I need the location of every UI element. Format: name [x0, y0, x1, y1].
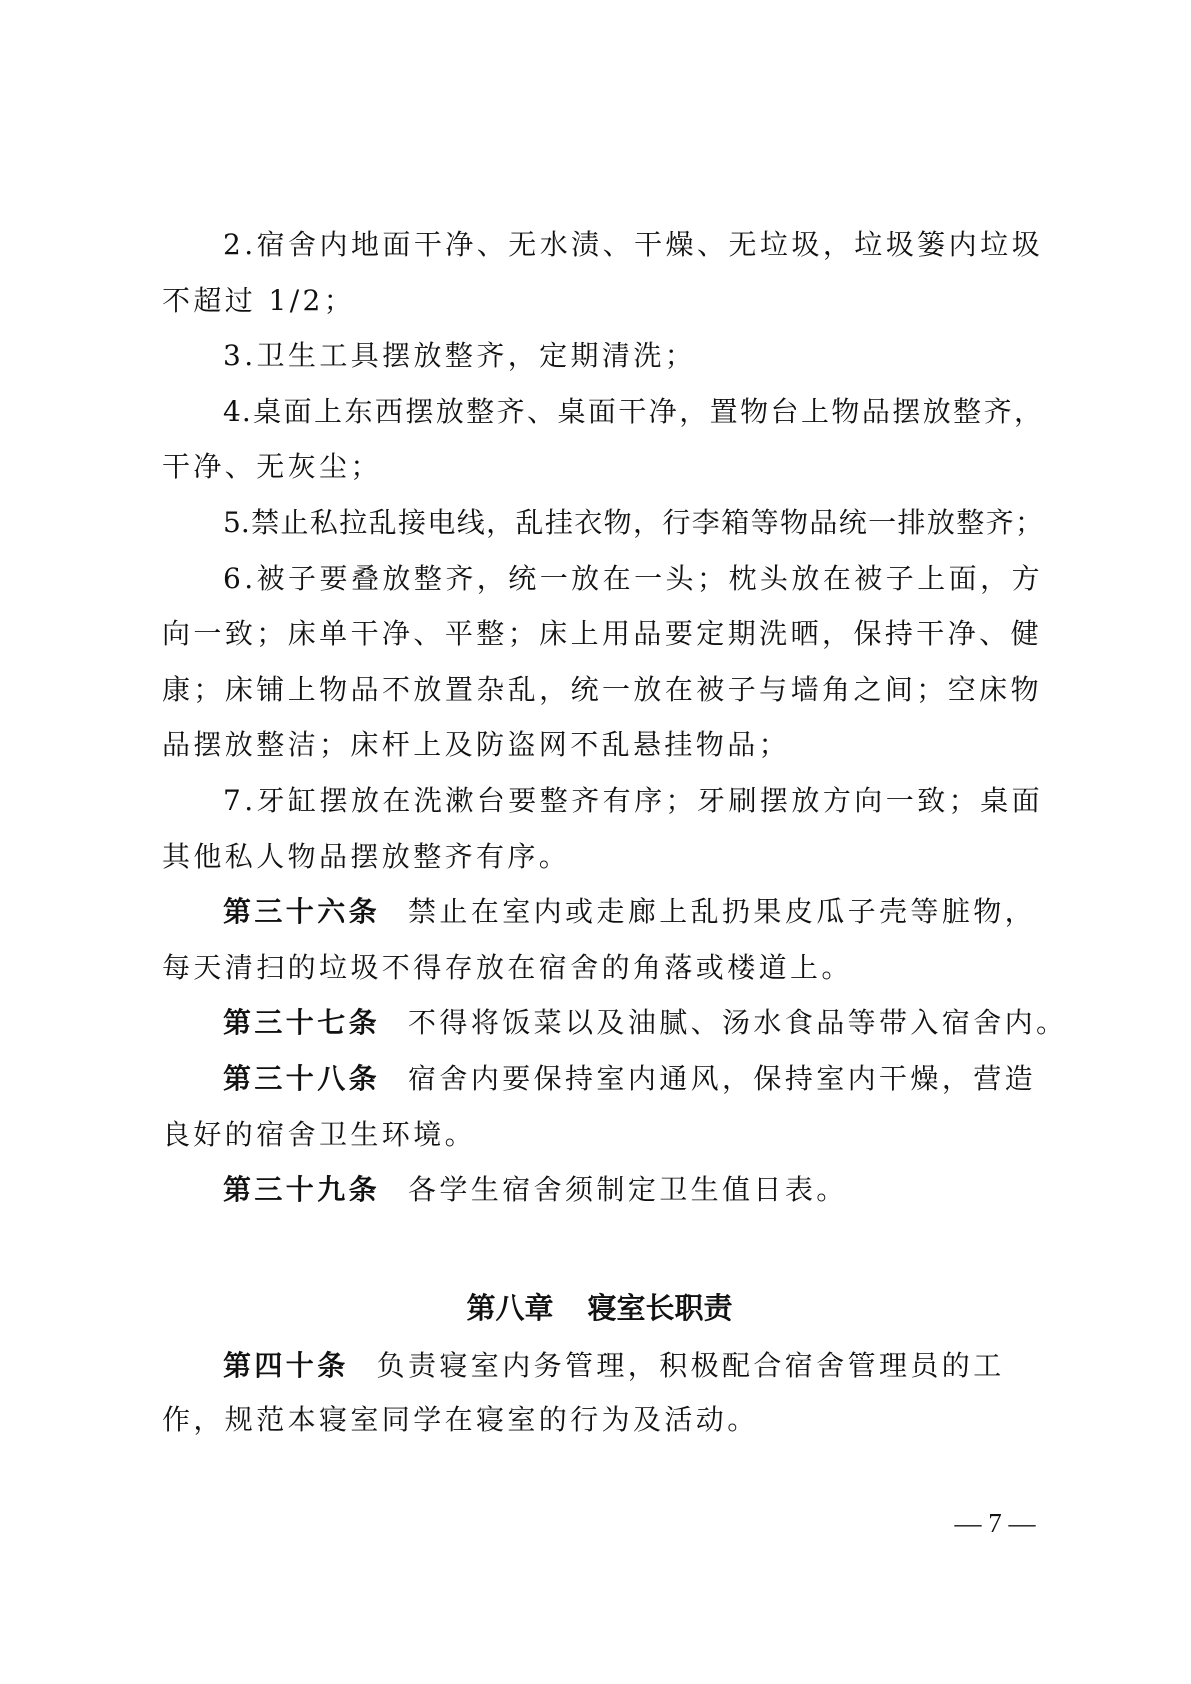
article-38-continuation: 良好的宿舍卫生环境。	[162, 1115, 1042, 1155]
item-6-line-3: 康；床铺上物品不放置杂乱，统一放在被子与墙角之间；空床物	[162, 670, 1042, 710]
item-2-line-1: 2.宿舍内地面干净、无水渍、干燥、无垃圾，垃圾篓内垃圾	[223, 225, 1043, 265]
article-39-text: 各学生宿舍须制定卫生值日表。	[408, 1173, 848, 1206]
article-40: 第四十条负责寝室内务管理，积极配合宿舍管理员的工	[223, 1346, 1043, 1386]
item-6-line-4: 品摆放整洁；床杆上及防盗网不乱悬挂物品；	[162, 725, 1042, 765]
item-7-line-1: 7.牙缸摆放在洗漱台要整齐有序；牙刷摆放方向一致；桌面	[223, 781, 1043, 821]
page-number: — 7 —	[940, 1505, 1050, 1541]
article-37-label: 第三十七条	[223, 1006, 380, 1039]
chapter-heading: 第八章寝室长职责	[0, 1288, 1191, 1328]
article-40-text: 负责寝室内务管理，积极配合宿舍管理员的工	[377, 1349, 1005, 1382]
document-page: 2.宿舍内地面干净、无水渍、干燥、无垃圾，垃圾篓内垃圾 不超过 1/2； 3.卫…	[0, 0, 1191, 1684]
item-6-line-2: 向一致；床单干净、平整；床上用品要定期洗晒，保持干净、健	[162, 614, 1042, 654]
chapter-number: 第八章	[466, 1291, 553, 1325]
item-2-line-2: 不超过 1/2；	[162, 281, 1042, 321]
article-38: 第三十八条宿舍内要保持室内通风，保持室内干燥，营造	[223, 1059, 1043, 1099]
item-6-line-1: 6.被子要叠放整齐，统一放在一头；枕头放在被子上面，方	[223, 559, 1043, 599]
article-36-text: 禁止在室内或走廊上乱扔果皮瓜子壳等脏物，	[408, 895, 1036, 928]
item-4-line-1: 4.桌面上东西摆放整齐、桌面干净，置物台上物品摆放整齐，	[223, 392, 1043, 432]
item-4-line-2: 干净、无灰尘；	[162, 447, 1042, 487]
article-39: 第三十九条各学生宿舍须制定卫生值日表。	[223, 1170, 1043, 1210]
article-36-label: 第三十六条	[223, 895, 380, 928]
article-38-label: 第三十八条	[223, 1062, 380, 1095]
article-40-continuation: 作，规范本寝室同学在寝室的行为及活动。	[162, 1400, 1042, 1440]
article-37: 第三十七条不得将饭菜以及油腻、汤水食品等带入宿舍内。	[223, 1003, 1043, 1043]
item-7-line-2: 其他私人物品摆放整齐有序。	[162, 837, 1042, 877]
article-39-label: 第三十九条	[223, 1173, 380, 1206]
article-37-text: 不得将饭菜以及油腻、汤水食品等带入宿舍内。	[408, 1006, 1067, 1039]
item-5: 5.禁止私拉乱接电线，乱挂衣物，行李箱等物品统一排放整齐；	[223, 503, 1043, 543]
article-36-continuation: 每天清扫的垃圾不得存放在宿舍的角落或楼道上。	[162, 948, 1042, 988]
article-40-label: 第四十条	[223, 1349, 349, 1382]
item-3: 3.卫生工具摆放整齐，定期清洗；	[223, 336, 1043, 376]
chapter-title: 寝室长职责	[588, 1291, 733, 1325]
article-38-text: 宿舍内要保持室内通风，保持室内干燥，营造	[408, 1062, 1036, 1095]
article-36: 第三十六条禁止在室内或走廊上乱扔果皮瓜子壳等脏物，	[223, 892, 1043, 932]
